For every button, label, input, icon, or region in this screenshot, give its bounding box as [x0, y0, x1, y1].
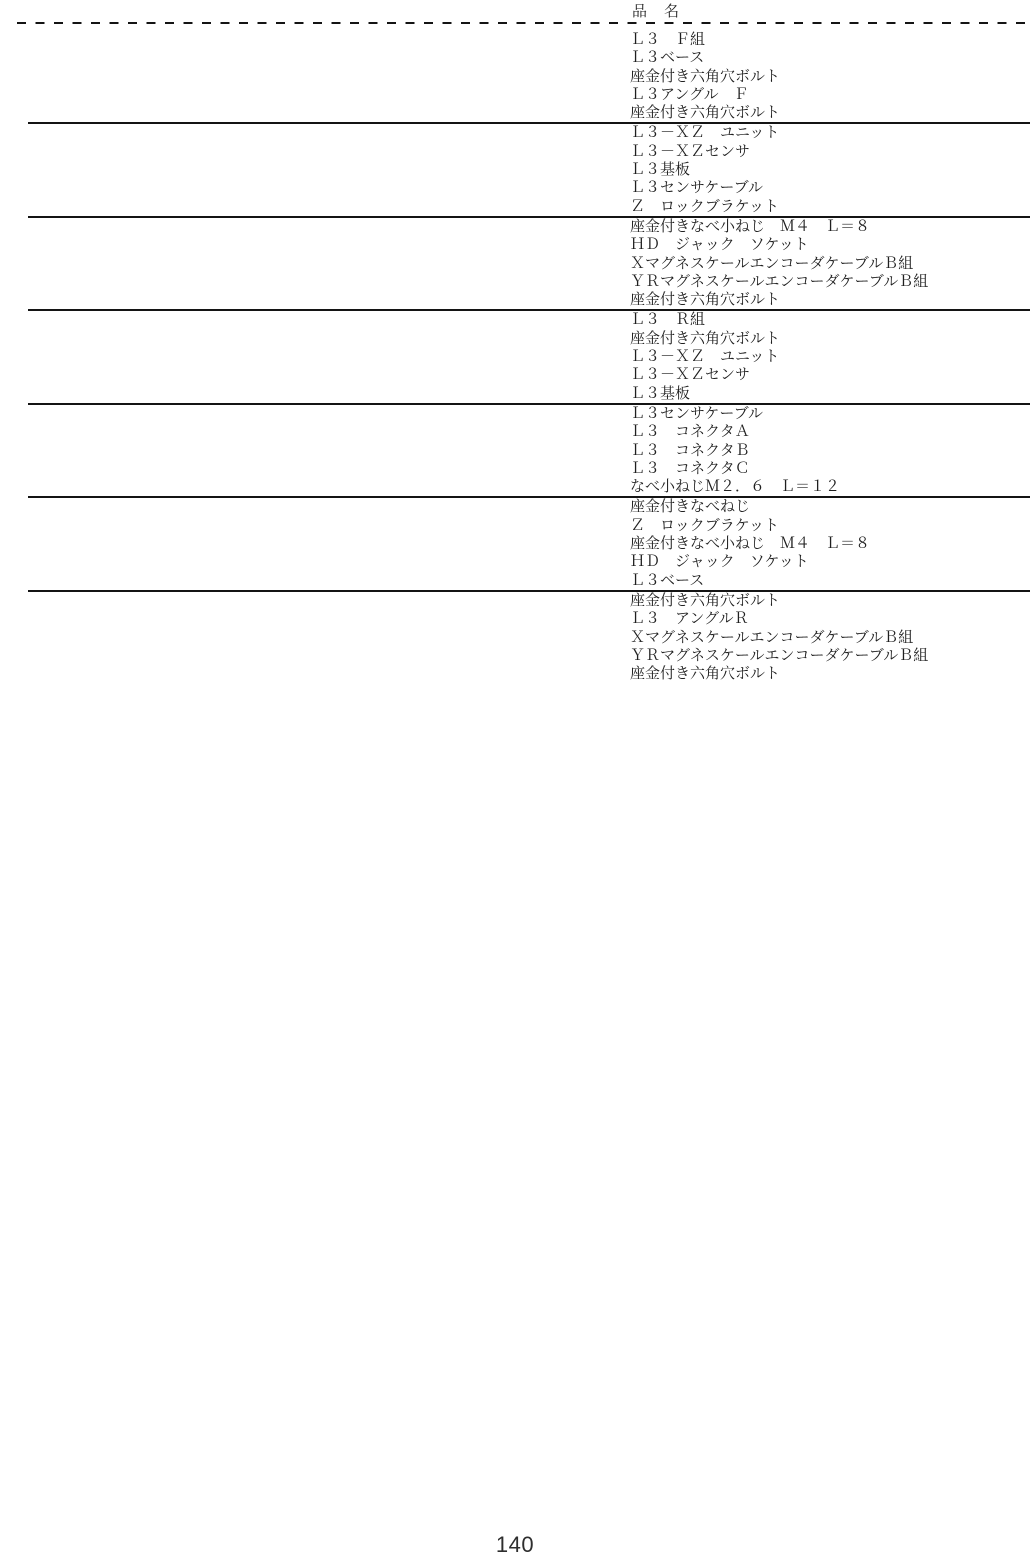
part-name-cell: Ｌ３ Ｒ組 — [28, 311, 1030, 329]
parts-group: Ｌ３ Ｒ組座金付き六角穴ボルトＬ３－ＸＺ ユニットＬ３－ＸＺセンサＬ３基板 — [28, 309, 1030, 402]
part-name-cell: 座金付き六角穴ボルト — [28, 665, 1030, 683]
column-header-part-name: 品 名 — [0, 0, 1030, 22]
part-name-cell: Ｌ３－ＸＺセンサ — [28, 366, 1030, 384]
parts-group: Ｌ３－ＸＺ ユニットＬ３－ＸＺセンサＬ３基板Ｌ３センサケーブルＺ ロックブラケッ… — [28, 122, 1030, 215]
parts-group: Ｌ３センサケーブルＬ３ コネクタＡＬ３ コネクタＢＬ３ コネクタＣなべ小ねじＭ２… — [28, 403, 1030, 496]
part-name-cell: ＸマグネスケールエンコーダケーブルＢ組 — [28, 255, 1030, 273]
part-name-cell: ＸマグネスケールエンコーダケーブルＢ組 — [28, 629, 1030, 647]
part-name-cell: ＹＲマグネスケールエンコーダケーブルＢ組 — [28, 647, 1030, 665]
part-name-cell: 座金付き六角穴ボルト — [28, 291, 1030, 309]
parts-table: 品 名 Ｌ３ Ｆ組Ｌ３ベース座金付き六角穴ボルトＬ３アングル Ｆ座金付き六角穴ボ… — [0, 0, 1030, 683]
part-name-cell: 座金付きなべ小ねじ Ｍ４ Ｌ＝８ — [28, 218, 1030, 236]
part-name-cell: ＨＤ ジャック ソケット — [28, 236, 1030, 254]
part-name-cell: ＹＲマグネスケールエンコーダケーブルＢ組 — [28, 273, 1030, 291]
part-name-cell: Ｌ３センサケーブル — [28, 405, 1030, 423]
part-name-cell: 座金付き六角穴ボルト — [28, 68, 1030, 86]
part-name-cell: Ｌ３ コネクタＡ — [28, 423, 1030, 441]
parts-group: 座金付きなべねじＺ ロックブラケット座金付きなべ小ねじ Ｍ４ Ｌ＝８ＨＤ ジャッ… — [28, 496, 1030, 589]
part-name-cell: Ｚ ロックブラケット — [28, 517, 1030, 535]
part-name-cell: ＨＤ ジャック ソケット — [28, 553, 1030, 571]
part-name-cell: Ｌ３－ＸＺセンサ — [28, 143, 1030, 161]
parts-group: 座金付きなべ小ねじ Ｍ４ Ｌ＝８ＨＤ ジャック ソケットＸマグネスケールエンコー… — [28, 216, 1030, 309]
part-name-cell: Ｌ３基板 — [28, 385, 1030, 403]
part-name-cell: なべ小ねじＭ２．６ Ｌ＝１２ — [28, 478, 1030, 496]
part-name-cell: 座金付きなべ小ねじ Ｍ４ Ｌ＝８ — [28, 535, 1030, 553]
part-name-cell: Ｌ３基板 — [28, 161, 1030, 179]
part-name-cell: 座金付きなべねじ — [28, 498, 1030, 516]
part-name-cell: 座金付き六角穴ボルト — [28, 330, 1030, 348]
document-page: 品 名 Ｌ３ Ｆ組Ｌ３ベース座金付き六角穴ボルトＬ３アングル Ｆ座金付き六角穴ボ… — [0, 0, 1030, 1564]
part-name-cell: Ｚ ロックブラケット — [28, 198, 1030, 216]
part-name-cell: Ｌ３アングル Ｆ — [28, 86, 1030, 104]
part-name-cell: Ｌ３ Ｆ組 — [28, 31, 1030, 49]
part-name-cell: 座金付き六角穴ボルト — [28, 104, 1030, 122]
part-name-cell: Ｌ３ベース — [28, 49, 1030, 67]
parts-group: 座金付き六角穴ボルトＬ３ アングルＲＸマグネスケールエンコーダケーブルＢ組ＹＲマ… — [28, 590, 1030, 683]
parts-group: Ｌ３ Ｆ組Ｌ３ベース座金付き六角穴ボルトＬ３アングル Ｆ座金付き六角穴ボルト — [28, 24, 1030, 122]
part-name-cell: Ｌ３－ＸＺ ユニット — [28, 348, 1030, 366]
part-name-cell: 座金付き六角穴ボルト — [28, 592, 1030, 610]
part-name-cell: Ｌ３ コネクタＣ — [28, 460, 1030, 478]
part-name-cell: Ｌ３センサケーブル — [28, 179, 1030, 197]
part-name-cell: Ｌ３－ＸＺ ユニット — [28, 124, 1030, 142]
part-name-cell: Ｌ３ベース — [28, 572, 1030, 590]
part-name-cell: Ｌ３ コネクタＢ — [28, 442, 1030, 460]
parts-table-body: Ｌ３ Ｆ組Ｌ３ベース座金付き六角穴ボルトＬ３アングル Ｆ座金付き六角穴ボルトＬ３… — [0, 24, 1030, 683]
part-name-cell: Ｌ３ アングルＲ — [28, 610, 1030, 628]
page-number: 140 — [0, 1532, 1030, 1558]
